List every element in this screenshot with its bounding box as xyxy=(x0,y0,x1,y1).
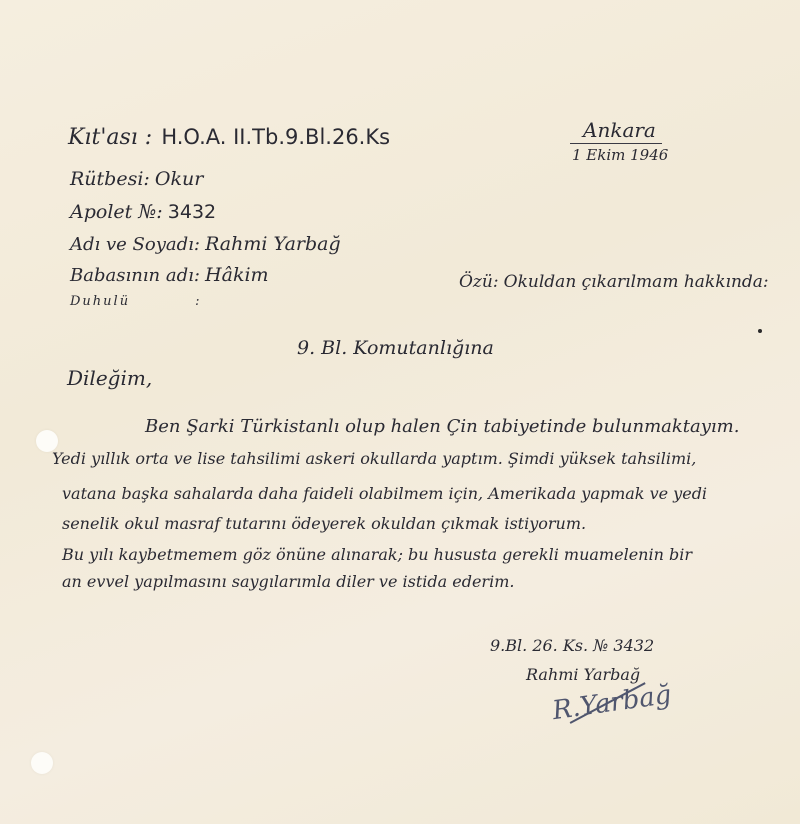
unit-value: H.O.A. II.Tb.9.Bl.26.Ks xyxy=(161,125,390,149)
father-name-field: Babasının adı: Hâkim xyxy=(70,266,269,285)
rank-value: Okur xyxy=(155,168,203,190)
punch-hole-bottom xyxy=(31,752,53,774)
entry-label: Duhulü xyxy=(70,294,130,309)
subject-label: Özü: xyxy=(459,272,499,292)
entry-field: Duhulü : xyxy=(70,292,200,308)
rank-field: Rütbesi: Okur xyxy=(70,170,203,189)
unit-field: Kıt'ası : H.O.A. II.Tb.9.Bl.26.Ks xyxy=(68,127,390,149)
body-line: senelik okul masraf tutarını ödeyerek ok… xyxy=(62,516,586,532)
unit-label: Kıt'ası : xyxy=(68,125,152,150)
recipient: 9. Bl. Komutanlığına xyxy=(297,339,494,358)
subject-line: Özü: Okuldan çıkarılmam hakkında: xyxy=(459,274,769,291)
epaulet-value: 3432 xyxy=(168,201,216,223)
name-value: Rahmi Yarbağ xyxy=(205,233,341,255)
epaulet-field: Apolet №: 3432 xyxy=(70,203,216,222)
ink-dot xyxy=(758,329,762,333)
entry-value: : xyxy=(195,294,199,309)
signature: R.Yarbağ xyxy=(551,682,673,724)
city-underline xyxy=(570,143,662,144)
city: Ankara xyxy=(583,120,656,140)
rank-label: Rütbesi: xyxy=(70,168,150,190)
name-field: Adı ve Soyadı: Rahmi Yarbağ xyxy=(70,235,341,254)
date: 1 Ekim 1946 xyxy=(572,148,668,163)
letter-page: Kıt'ası : H.O.A. II.Tb.9.Bl.26.Ks Rütbes… xyxy=(0,0,800,824)
closing-name: Rahmi Yarbağ xyxy=(526,667,640,683)
name-label: Adı ve Soyadı: xyxy=(70,234,200,255)
subject-value: Okuldan çıkarılmam hakkında: xyxy=(504,272,769,292)
body-line: Ben Şarki Türkistanlı olup halen Çin tab… xyxy=(145,418,739,436)
salutation: Dileğim, xyxy=(67,368,152,388)
epaulet-label: Apolet №: xyxy=(70,201,163,223)
father-name-label: Babasının adı: xyxy=(70,265,200,286)
body-line: Yedi yıllık orta ve lise tahsilimi asker… xyxy=(52,451,696,467)
body-line: Bu yılı kaybetmemem göz önüne alınarak; … xyxy=(62,547,692,563)
body-line: vatana başka sahalarda daha faideli olab… xyxy=(62,486,707,502)
closing-unit-line: 9.Bl. 26. Ks. № 3432 xyxy=(490,638,654,654)
father-name-value: Hâkim xyxy=(205,264,269,286)
body-line: an evvel yapılmasını saygılarımla diler … xyxy=(62,574,514,590)
